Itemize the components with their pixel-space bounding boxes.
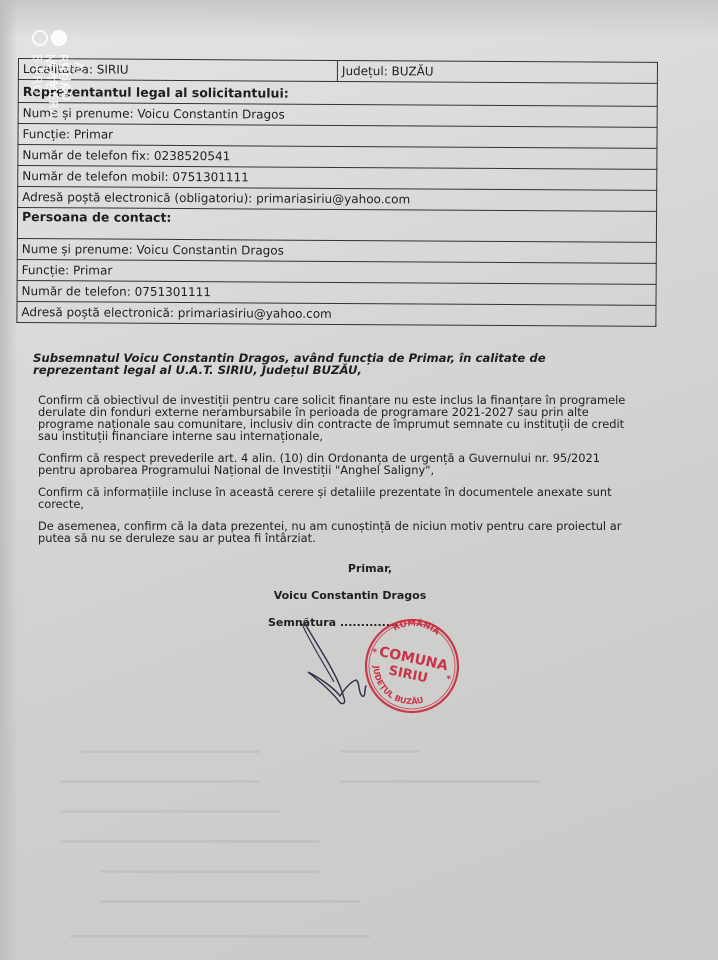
official-stamp-icon: ROMÂNIA COMUNA SIRIU JUDEȚUL BUZĂU * * — [360, 616, 464, 716]
signer-name: Voicu Constantin Dragos — [210, 589, 490, 602]
stamp-star-icon: * — [371, 647, 378, 658]
county-cell: Județul: BUZĂU — [337, 60, 657, 83]
declaration-paragraph: Confirm că obiectivul de investiții pent… — [38, 394, 633, 442]
camera-circles-icon — [32, 30, 70, 49]
declaration-statement: Subsemnatul Voicu Constantin Dragos, avâ… — [33, 352, 633, 554]
table-row: Adresă poștă electronică: primariasiriu@… — [17, 301, 656, 326]
declaration-paragraph: De asemenea, confirm că la data prezente… — [38, 520, 633, 544]
contact-header: Persoana de contact: — [17, 208, 656, 243]
applicant-info-table: Localitatea: SIRIU Județul: BUZĂU Reprez… — [16, 58, 658, 327]
bleed-through-text — [40, 720, 680, 960]
declaration-paragraph: Confirm că respect prevederile art. 4 al… — [38, 452, 633, 476]
photo-shadow-left — [0, 0, 18, 960]
declaration-paragraph: Confirm că informațiile incluse în aceas… — [38, 486, 633, 510]
contact-email: Adresă poștă electronică: primariasiriu@… — [17, 301, 656, 326]
signer-title: Primar, — [250, 562, 490, 575]
watermark-line2: AI QUAD CAMERA — [46, 62, 85, 119]
table-row: Persoana de contact: — [17, 208, 656, 243]
photo-shadow-top — [0, 0, 718, 40]
declaration-intro: Subsemnatul Voicu Constantin Dragos, avâ… — [33, 352, 633, 376]
application-form: Localitatea: SIRIU Județul: BUZĂU Reprez… — [16, 58, 660, 327]
